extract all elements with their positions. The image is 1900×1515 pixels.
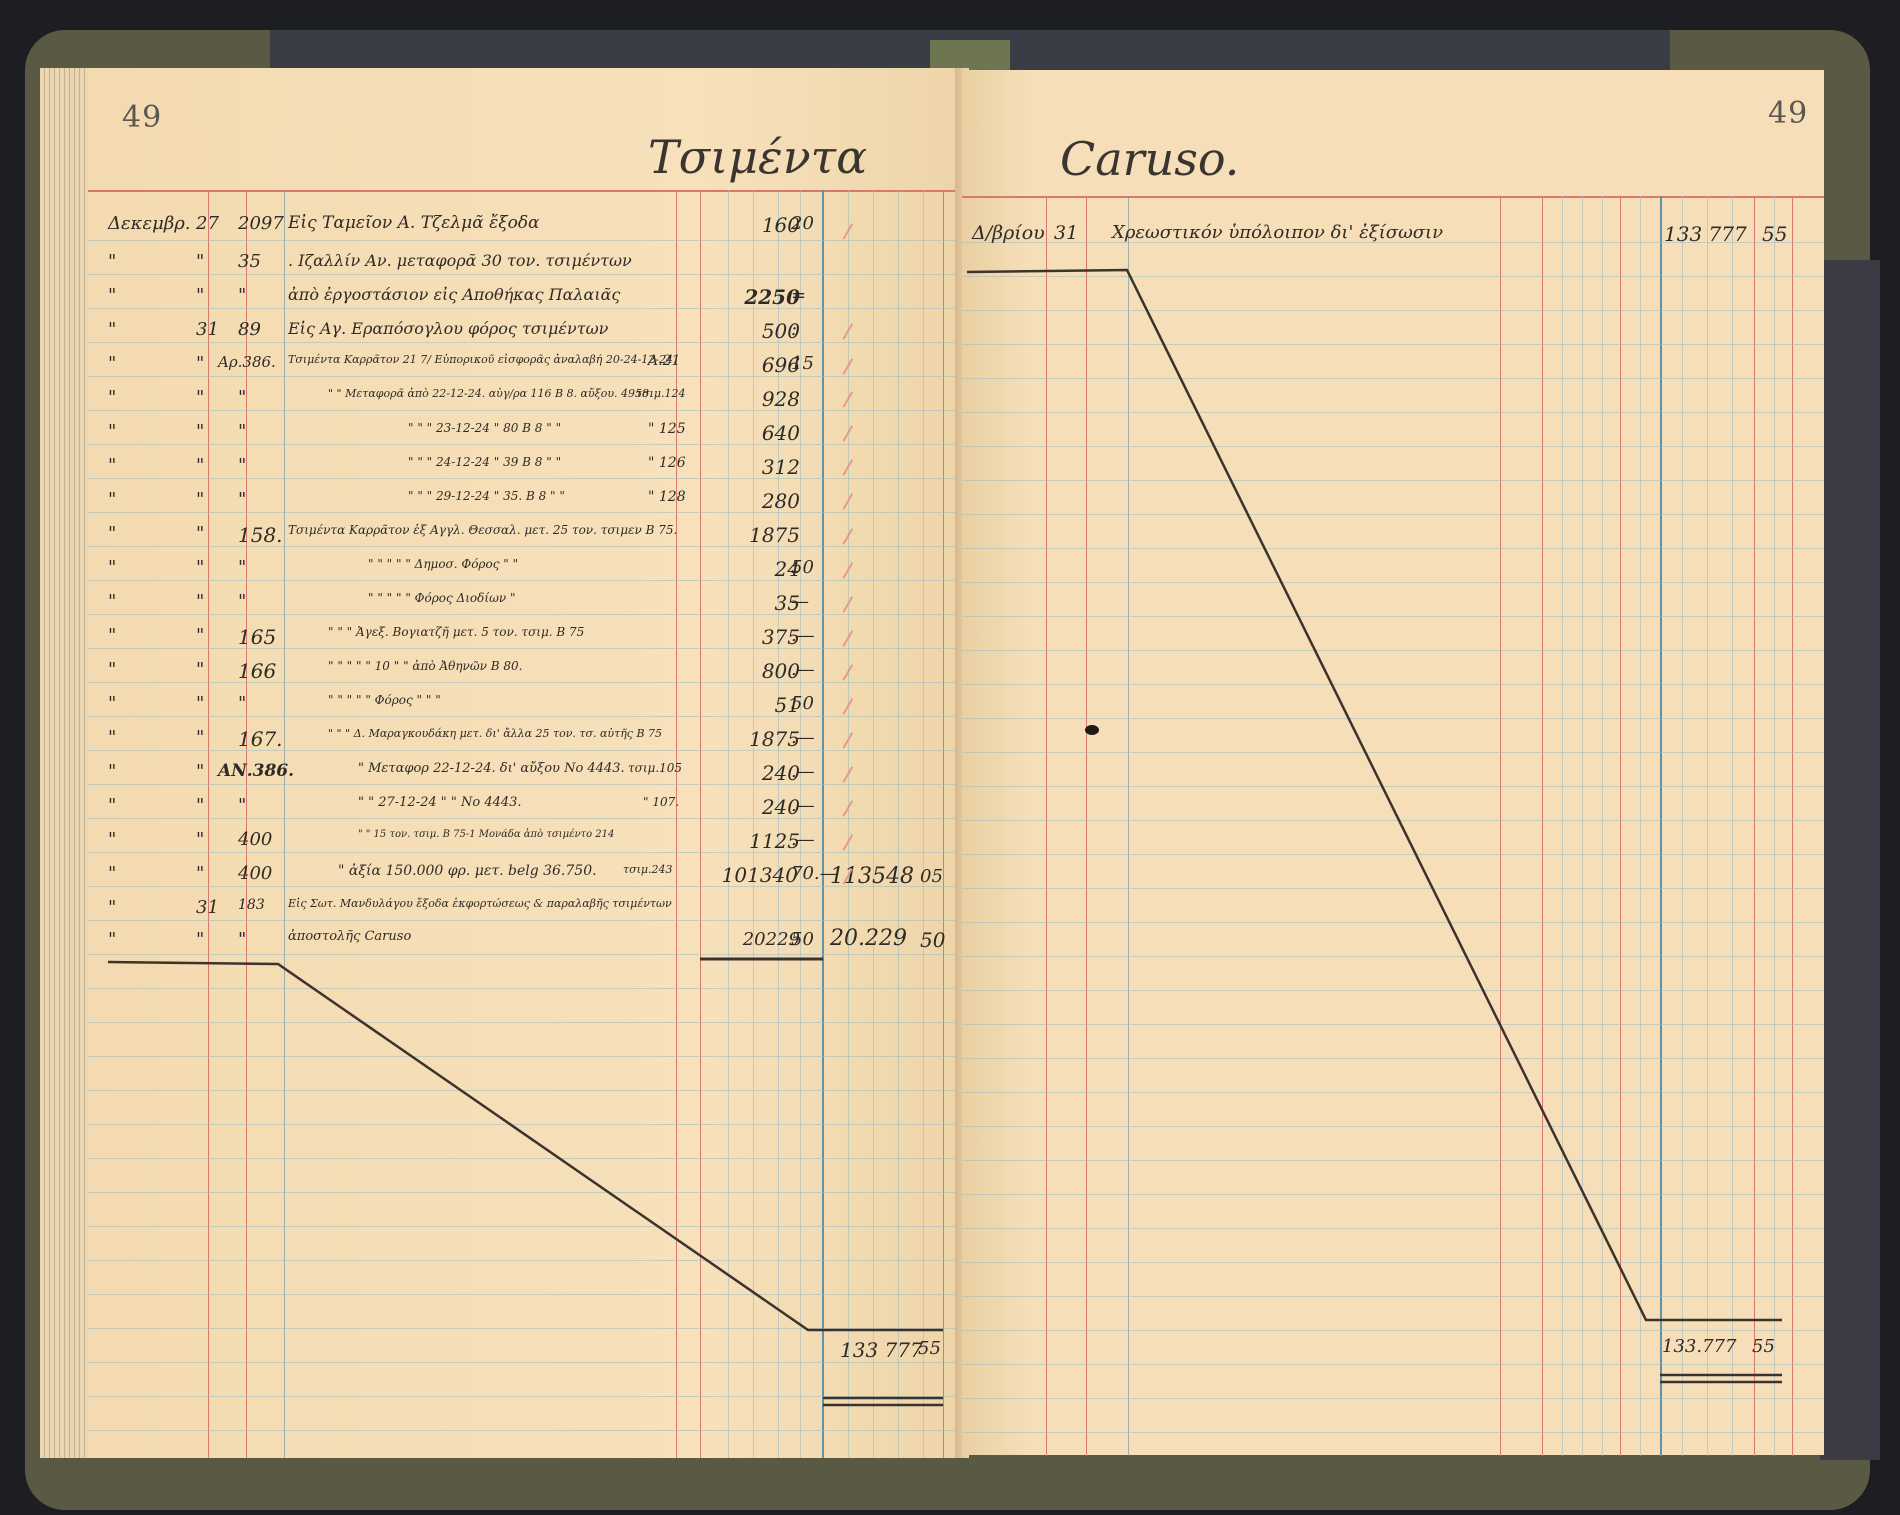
cover-cloth-right [1820,260,1880,1460]
closing-rules [962,70,1824,1455]
right-page: 49 Caruso. Δ/βρίου 31 Χρεωστικόν ὑπόλοιπ… [962,70,1824,1455]
page-edges [40,68,90,1458]
left-page: 49 Τσιμέντα Δεκεμβρ. 27 2097 Εἰς Ταμεῖον… [88,68,968,1458]
